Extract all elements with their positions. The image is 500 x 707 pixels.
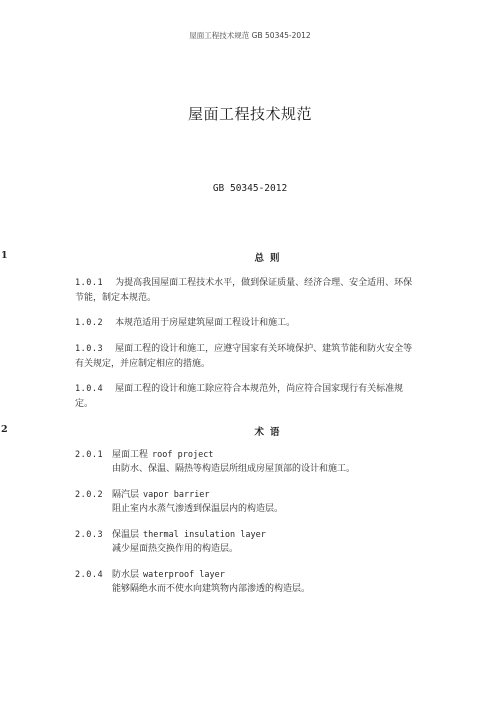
clause-line-1: 1.0.2本规范适用于房屋建筑屋面工程设计和施工。 bbox=[75, 316, 420, 331]
clause-text: 屋面工程的设计和施工除应符合本规范外，尚应符合国家现行有关标准规 bbox=[115, 384, 403, 394]
term-number: 2.0.2 bbox=[75, 488, 112, 502]
term-english: vapor barrier bbox=[143, 488, 210, 502]
term-definition: 能够隔绝水而不使水向建筑物内部渗透的构造层。 bbox=[75, 582, 420, 596]
document-title: 屋面工程技术规范 bbox=[0, 103, 500, 124]
clause-line-2: 定。 bbox=[75, 397, 420, 412]
clause: 1.0.2本规范适用于房屋建筑屋面工程设计和施工。 bbox=[75, 316, 420, 331]
chapter-title: 总则 bbox=[0, 250, 500, 264]
term-number: 2.0.4 bbox=[75, 568, 112, 582]
term-definition: 由防水、保温、隔热等构造层所组成房屋顶部的设计和施工。 bbox=[75, 462, 420, 476]
clause: 1.0.1为提高我国屋面工程技术水平，做到保证质量、经济合理、安全适用、环保 节… bbox=[75, 276, 420, 306]
clause-number: 1.0.1 bbox=[75, 278, 103, 288]
term-definition: 减少屋面热交换作用的构造层。 bbox=[75, 542, 420, 556]
term-chinese: 防水层 bbox=[112, 568, 139, 582]
term-number: 2.0.3 bbox=[75, 528, 112, 542]
term-chinese: 屋面工程 bbox=[112, 448, 148, 462]
clause-text: 屋面工程的设计和施工，应遵守国家有关环境保护、建筑节能和防火安全等 bbox=[115, 344, 412, 354]
term-entry: 2.0.1 屋面工程 roof project 由防水、保温、隔热等构造层所组成… bbox=[75, 448, 420, 476]
clause-line-1: 1.0.4屋面工程的设计和施工除应符合本规范外，尚应符合国家现行有关标准规 bbox=[75, 382, 420, 397]
clause: 1.0.3屋面工程的设计和施工，应遵守国家有关环境保护、建筑节能和防火安全等 有… bbox=[75, 342, 420, 372]
clause-line-1: 1.0.3屋面工程的设计和施工，应遵守国家有关环境保护、建筑节能和防火安全等 bbox=[75, 342, 420, 357]
clause-text: 为提高我国屋面工程技术水平，做到保证质量、经济合理、安全适用、环保 bbox=[115, 278, 412, 288]
clause-number: 1.0.2 bbox=[75, 318, 103, 328]
clause-text: 本规范适用于房屋建筑屋面工程设计和施工。 bbox=[115, 318, 295, 328]
clause-line-1: 1.0.1为提高我国屋面工程技术水平，做到保证质量、经济合理、安全适用、环保 bbox=[75, 276, 420, 291]
term-english: waterproof layer bbox=[143, 568, 225, 582]
running-header: 屋面工程技术规范 GB 50345-2012 bbox=[0, 30, 500, 41]
clause-number: 1.0.3 bbox=[75, 344, 103, 354]
clause-line-2: 有关规定，并应制定相应的措施。 bbox=[75, 357, 420, 372]
standard-number: GB 50345-2012 bbox=[0, 183, 500, 194]
clause: 1.0.4屋面工程的设计和施工除应符合本规范外，尚应符合国家现行有关标准规 定。 bbox=[75, 382, 420, 412]
term-definition: 阻止室内水蒸气渗透到保温层内的构造层。 bbox=[75, 502, 420, 516]
term-english: thermal insulation layer bbox=[143, 528, 266, 542]
term-english: roof project bbox=[152, 448, 213, 462]
clause-number: 1.0.4 bbox=[75, 384, 103, 394]
term-chinese: 保温层 bbox=[112, 528, 139, 542]
clause-line-2: 节能，制定本规范。 bbox=[75, 291, 420, 306]
term-entry: 2.0.3 保温层 thermal insulation layer 减少屋面热… bbox=[75, 528, 420, 556]
term-chinese: 隔汽层 bbox=[112, 488, 139, 502]
term-entry: 2.0.2 隔汽层 vapor barrier 阻止室内水蒸气渗透到保温层内的构… bbox=[75, 488, 420, 516]
term-number: 2.0.1 bbox=[75, 448, 112, 462]
term-entry: 2.0.4 防水层 waterproof layer 能够隔绝水而不使水向建筑物… bbox=[75, 568, 420, 596]
chapter-title: 术语 bbox=[0, 424, 500, 438]
